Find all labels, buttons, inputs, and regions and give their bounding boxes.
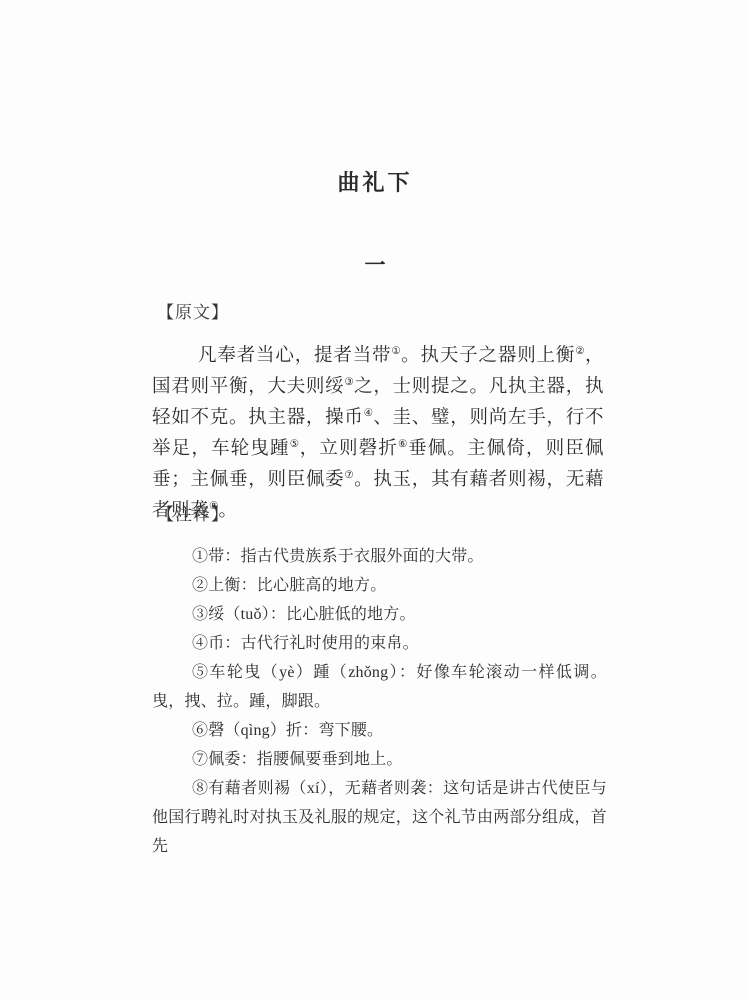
footnote-marker-6: ⑥ bbox=[398, 439, 408, 450]
annotation-list: ①带：指古代贵族系于衣服外面的大带。 ②上衡：比心脏高的地方。 ③绥（tuǒ）：… bbox=[152, 542, 607, 861]
annotation-item-5: ⑤车轮曳（yè）踵（zhǒng）：好像车轮滚动一样低调。曳，拽、拉。踵，脚跟。 bbox=[152, 658, 607, 716]
section-number: 一 bbox=[0, 254, 750, 278]
original-text-paragraph: 凡奉者当心，提者当带①。执天子之器则上衡②，国君则平衡，大夫则绥③之，士则提之。… bbox=[152, 342, 604, 528]
annotation-item-2: ②上衡：比心脏高的地方。 bbox=[152, 571, 607, 600]
annotation-item-7: ⑦佩委：指腰佩要垂到地上。 bbox=[152, 745, 607, 774]
annotation-item-8: ⑧有藉者则裼（xí），无藉者则袭：这句话是讲古代使臣与他国行聘礼时对执玉及礼服的… bbox=[152, 774, 607, 861]
footnote-marker-4: ④ bbox=[364, 408, 374, 419]
annotations-label: 【注释】 bbox=[157, 505, 229, 525]
original-text-label: 【原文】 bbox=[157, 303, 229, 323]
chapter-title: 曲礼下 bbox=[0, 170, 750, 196]
annotation-item-4: ④币：古代行礼时使用的束帛。 bbox=[152, 629, 607, 658]
footnote-marker-2: ② bbox=[575, 346, 585, 357]
footnote-marker-1: ① bbox=[391, 346, 401, 357]
original-segment: 凡奉者当心，提者当带 bbox=[198, 346, 391, 366]
original-segment: 。执天子之器则上衡 bbox=[401, 346, 575, 366]
book-page: 曲礼下 一 【原文】 凡奉者当心，提者当带①。执天子之器则上衡②，国君则平衡，大… bbox=[0, 0, 750, 1000]
footnote-marker-5: ⑤ bbox=[290, 439, 300, 450]
original-segment: ，立则磬折 bbox=[300, 439, 398, 459]
annotation-item-6: ⑥磬（qìng）折：弯下腰。 bbox=[152, 716, 607, 745]
annotation-item-1: ①带：指古代贵族系于衣服外面的大带。 bbox=[152, 542, 607, 571]
annotation-item-3: ③绥（tuǒ）：比心脏低的地方。 bbox=[152, 600, 607, 629]
footnote-marker-3: ③ bbox=[344, 377, 354, 388]
footnote-marker-7: ⑦ bbox=[344, 470, 354, 481]
